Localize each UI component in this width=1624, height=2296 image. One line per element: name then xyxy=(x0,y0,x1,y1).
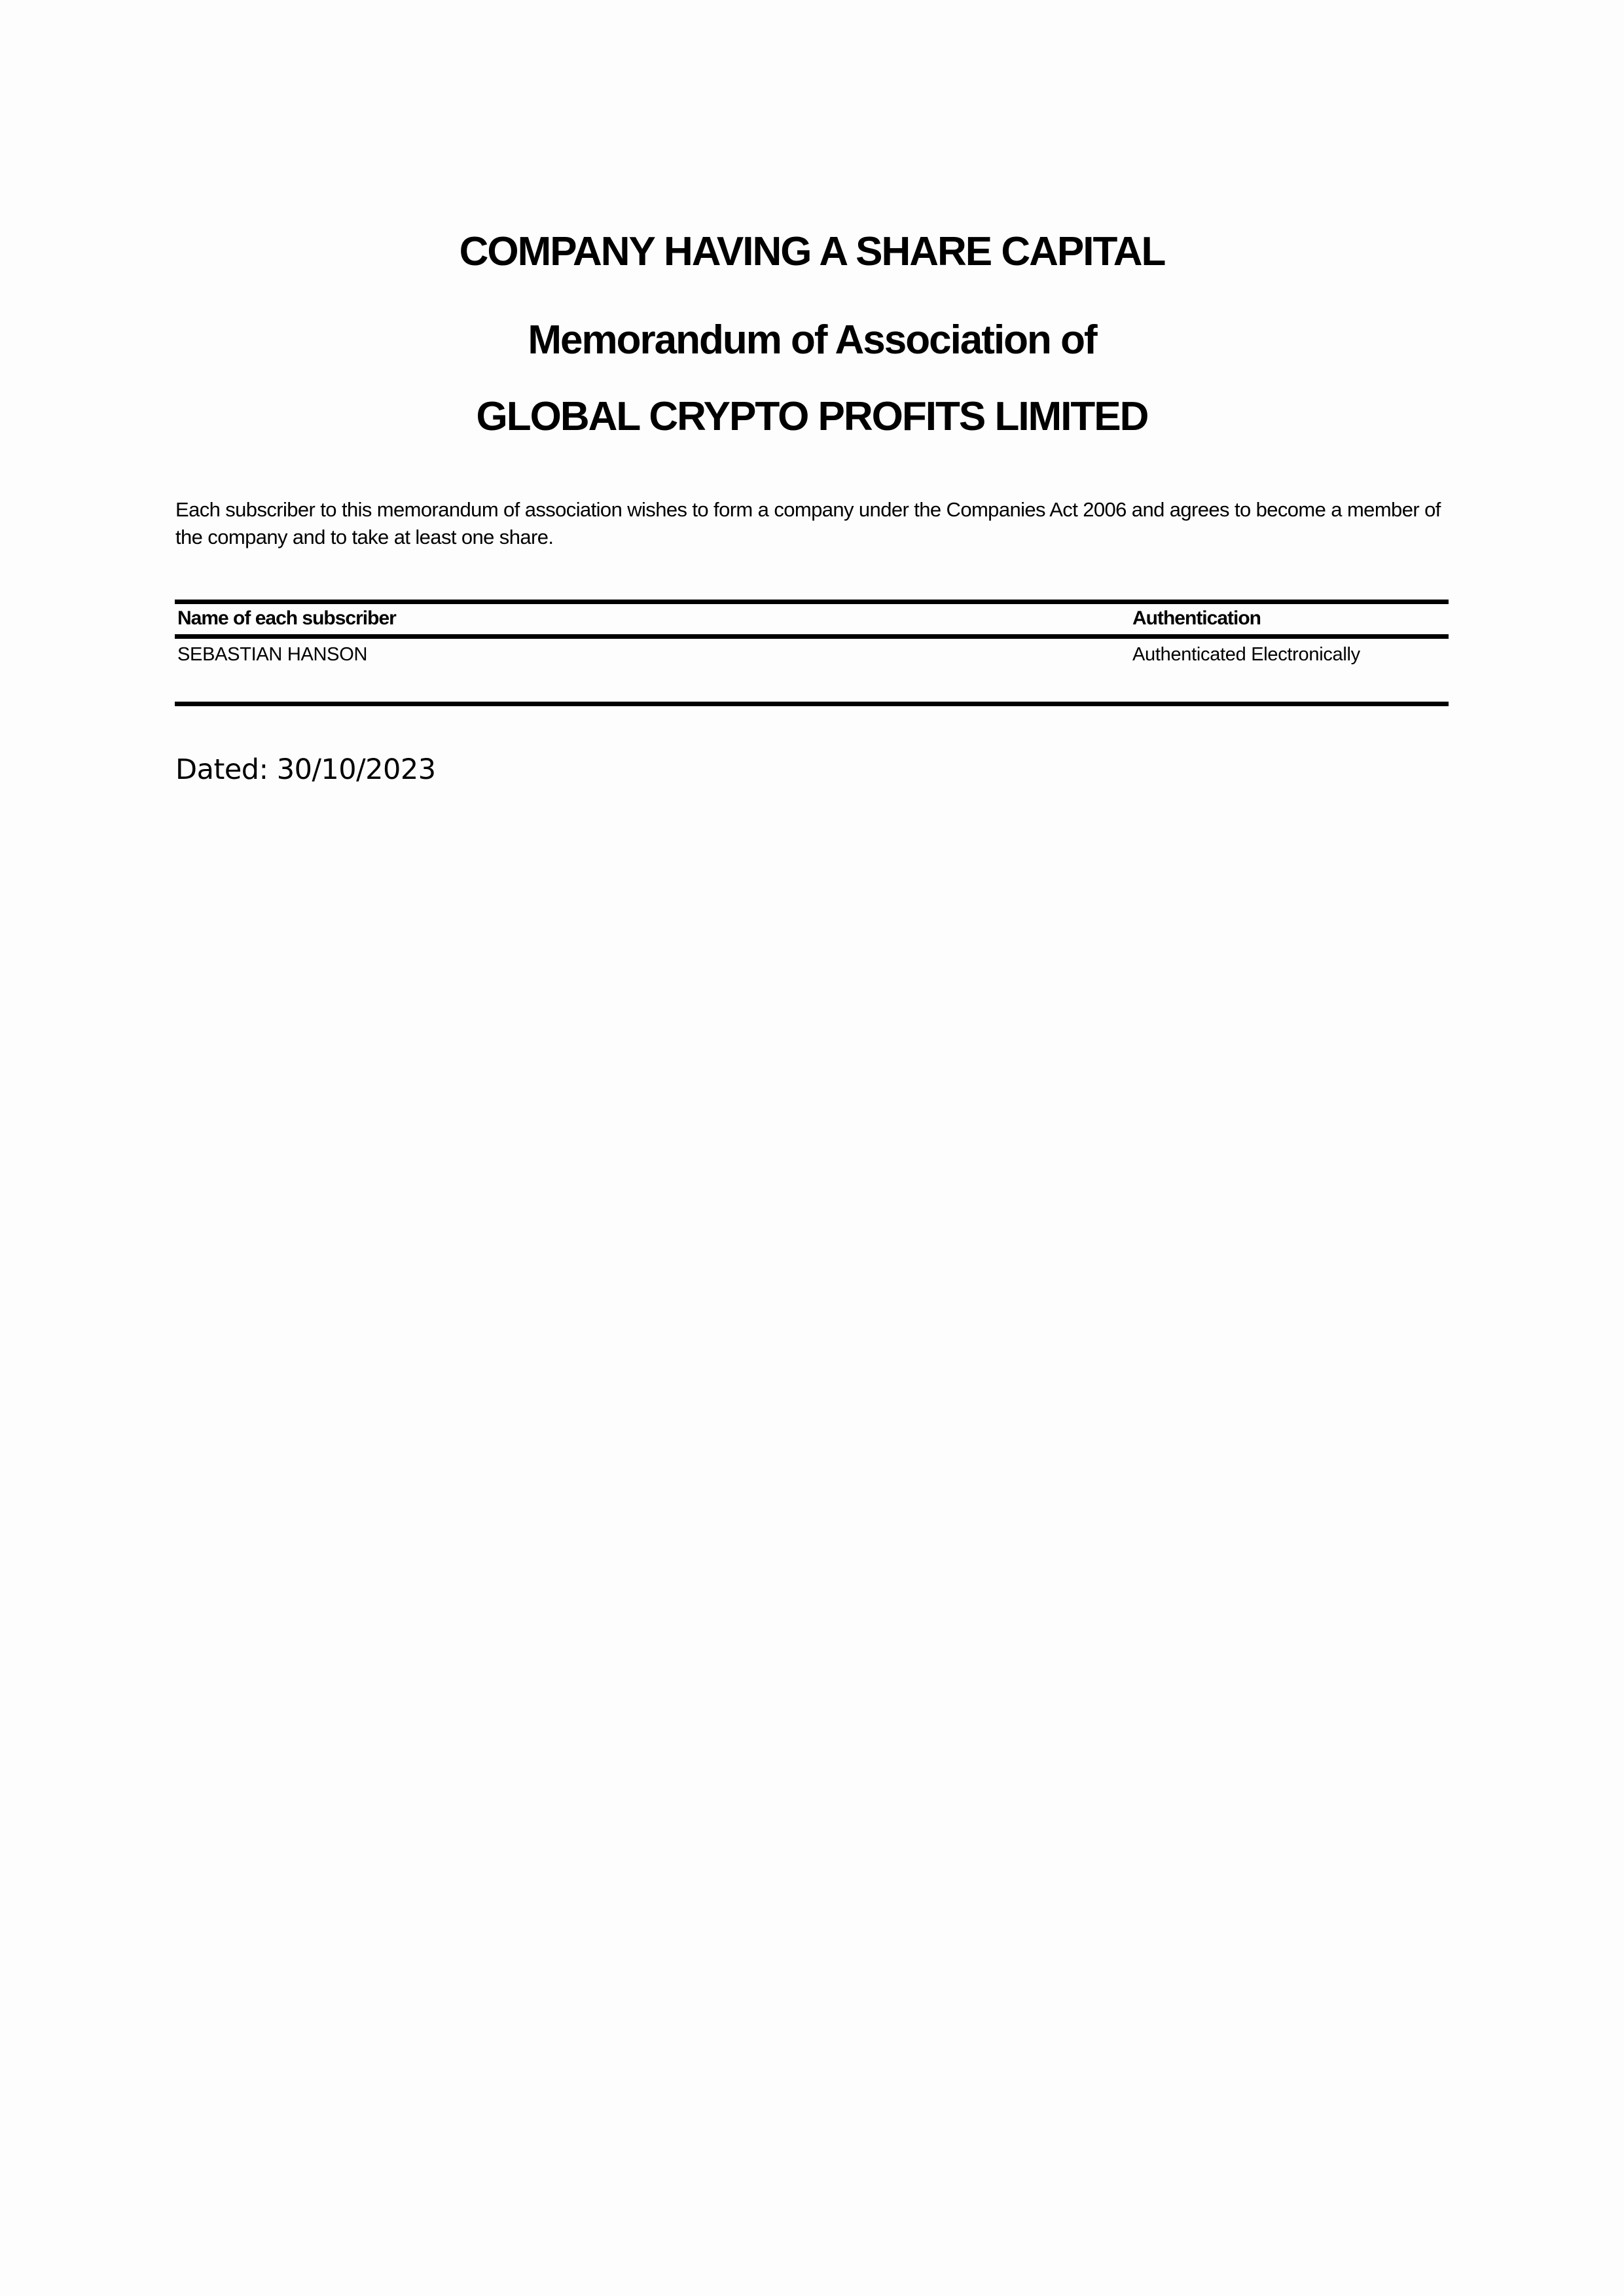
table-bottom-rule xyxy=(175,702,1449,706)
document-subheading: Memorandum of Association of xyxy=(0,311,1624,370)
document-page: COMPANY HAVING A SHARE CAPITAL Memorandu… xyxy=(0,0,1624,2296)
company-name: GLOBAL CRYPTO PROFITS LIMITED xyxy=(0,387,1624,446)
table-top-rule xyxy=(175,600,1449,604)
intro-paragraph: Each subscriber to this memorandum of as… xyxy=(175,496,1458,551)
header-name-of-subscriber: Name of each subscriber xyxy=(177,605,396,632)
table-header-rule xyxy=(175,634,1449,639)
subscriber-name: SEBASTIAN HANSON xyxy=(177,641,367,668)
document-heading: COMPANY HAVING A SHARE CAPITAL xyxy=(0,223,1624,281)
subscriber-authentication: Authenticated Electronically xyxy=(1132,641,1360,668)
dated-line: Dated: 30/10/2023 xyxy=(175,751,436,788)
header-authentication: Authentication xyxy=(1132,605,1261,632)
